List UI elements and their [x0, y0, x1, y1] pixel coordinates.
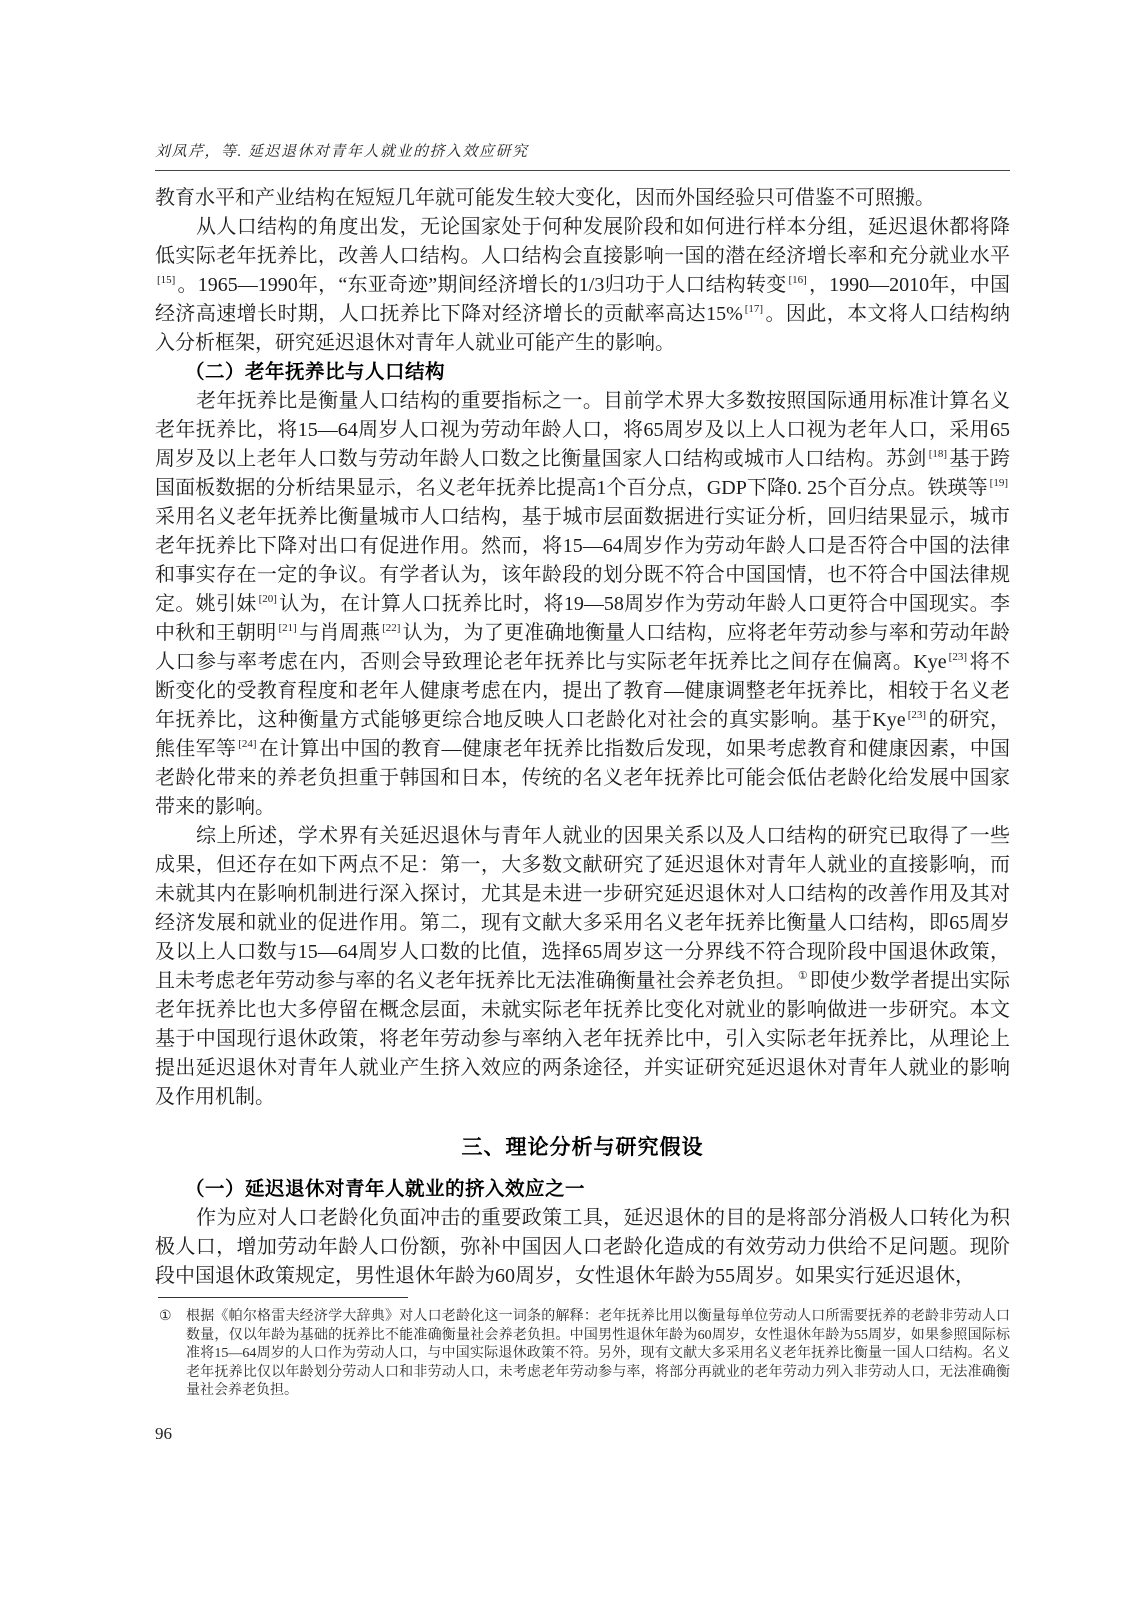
- paragraph: 综上所述，学术界有关延迟退休与青年人就业的因果关系以及人口结构的研究已取得了一些…: [155, 822, 1010, 1112]
- reference-superscript: [23]: [908, 709, 926, 721]
- reference-superscript: [20]: [259, 593, 277, 605]
- paragraph: 作为应对人口老龄化负面冲击的重要政策工具，延迟退休的目的是将部分消极人口转化为积…: [155, 1204, 1010, 1291]
- paragraph: 从人口结构的角度出发，无论国家处于何种发展阶段和如何进行样本分组，延迟退休都将降…: [155, 213, 1010, 358]
- subsection-heading: （二）老年抚养比与人口结构: [155, 358, 1010, 387]
- footnote-text: 根据《帕尔格雷夫经济学大辞典》对人口老龄化这一词条的解释：老年抚养比用以衡量每单…: [186, 1309, 1010, 1398]
- paragraph: 老年抚养比是衡量人口结构的重要指标之一。目前学术界大多数按照国际通用标准计算名义…: [155, 387, 1010, 822]
- page-number: 96: [155, 1424, 172, 1444]
- reference-superscript: [17]: [745, 303, 763, 315]
- reference-superscript: [19]: [990, 477, 1008, 489]
- reference-superscript: [15]: [157, 274, 175, 286]
- reference-superscript: [23]: [949, 651, 967, 663]
- reference-superscript: ①: [798, 970, 808, 982]
- reference-superscript: [21]: [279, 622, 297, 634]
- footnote-separator: [158, 1297, 408, 1298]
- running-head: 刘凤芹，等. 延迟退休对青年人就业的挤入效应研究: [155, 140, 1010, 171]
- body-content: 教育水平和产业结构在短短几年就可能发生较大变化，因而外国经验只可借鉴不可照搬。从…: [155, 184, 1010, 1291]
- reference-superscript: [22]: [382, 622, 400, 634]
- section-heading: 三、理论分析与研究假设: [155, 1133, 1010, 1162]
- reference-superscript: [24]: [238, 738, 256, 750]
- footnote-marker: ①: [159, 1308, 172, 1327]
- paper-page: 刘凤芹，等. 延迟退休对青年人就业的挤入效应研究 教育水平和产业结构在短短几年就…: [0, 0, 1140, 1600]
- subsection-heading: （一）延迟退休对青年人就业的挤入效应之一: [155, 1175, 1010, 1204]
- paragraph: 教育水平和产业结构在短短几年就可能发生较大变化，因而外国经验只可借鉴不可照搬。: [155, 184, 1010, 213]
- reference-superscript: [18]: [929, 448, 947, 460]
- reference-superscript: [16]: [788, 274, 806, 286]
- footnote: ① 根据《帕尔格雷夫经济学大辞典》对人口老龄化这一词条的解释：老年抚养比用以衡量…: [155, 1308, 1010, 1401]
- footnote-area: ① 根据《帕尔格雷夫经济学大辞典》对人口老龄化这一词条的解释：老年抚养比用以衡量…: [155, 1297, 1010, 1401]
